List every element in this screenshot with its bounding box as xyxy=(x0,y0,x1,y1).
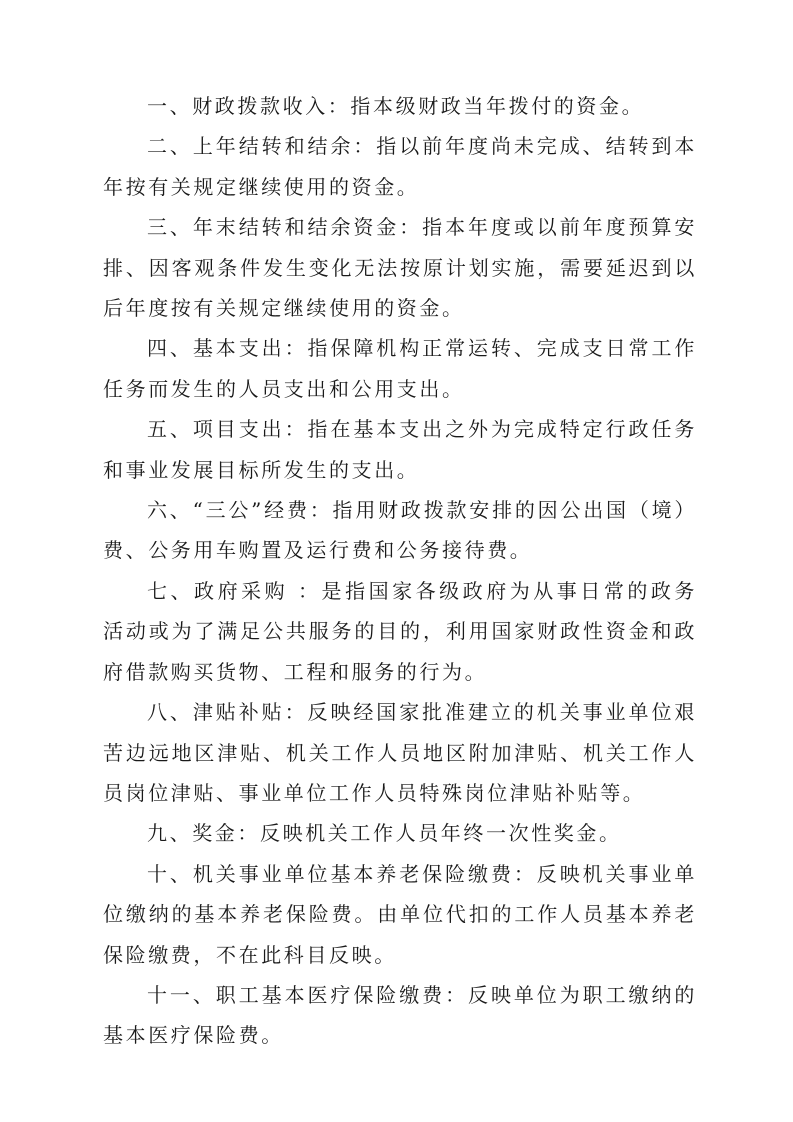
paragraph-three-public-expenses: 六、“三公”经费：指用财政拨款安排的因公出国（境）费、公务用车购置及运行费和公务… xyxy=(103,490,697,571)
paragraph-government-procurement: 七、政府采购 ：是指国家各级政府为从事日常的政务活动或为了满足公共服务的目的，利… xyxy=(103,571,697,692)
paragraph-medical-insurance: 十一、职工基本医疗保险缴费：反映单位为职工缴纳的基本医疗保险费。 xyxy=(103,975,697,1056)
document-page: 一、财政拨款收入：指本级财政当年拨付的资金。 二、上年结转和结余：指以前年度尚未… xyxy=(103,86,697,1056)
paragraph-allowances-subsidies: 八、津贴补贴：反映经国家批准建立的机关事业单位艰苦边远地区津贴、机关工作人员地区… xyxy=(103,692,697,813)
paragraph-fiscal-appropriation-income: 一、财政拨款收入：指本级财政当年拨付的资金。 xyxy=(103,86,697,126)
paragraph-basic-expenditure: 四、基本支出：指保障机构正常运转、完成支日常工作任务而发生的人员支出和公用支出。 xyxy=(103,328,697,409)
paragraph-project-expenditure: 五、项目支出：指在基本支出之外为完成特定行政任务和事业发展目标所发生的支出。 xyxy=(103,409,697,490)
paragraph-pension-insurance: 十、机关事业单位基本养老保险缴费：反映机关事业单位缴纳的基本养老保险费。由单位代… xyxy=(103,854,697,975)
paragraph-prior-year-carryover: 二、上年结转和结余：指以前年度尚未完成、结转到本年按有关规定继续使用的资金。 xyxy=(103,126,697,207)
paragraph-bonus: 九、奖金：反映机关工作人员年终一次性奖金。 xyxy=(103,813,697,853)
paragraph-year-end-carryover: 三、年末结转和结余资金：指本年度或以前年度预算安排、因客观条件发生变化无法按原计… xyxy=(103,207,697,328)
